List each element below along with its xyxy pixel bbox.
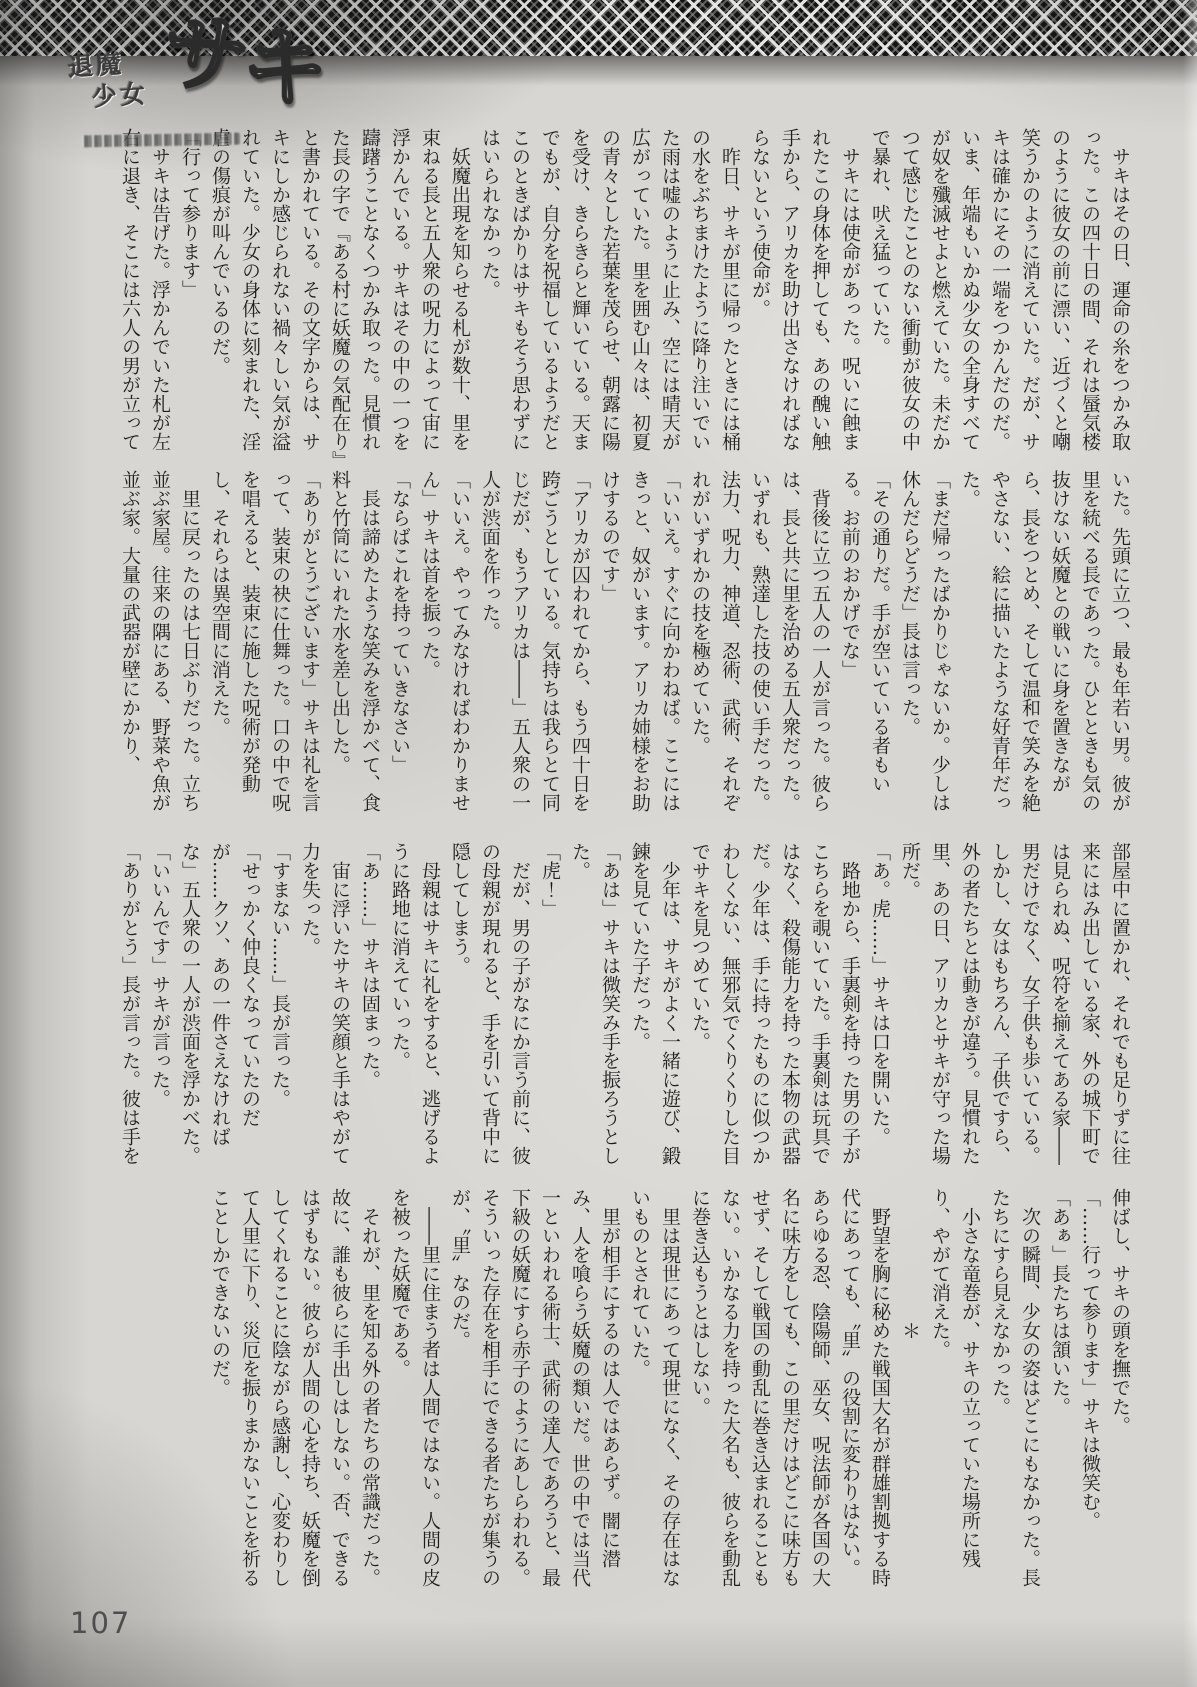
logo-title-saki: サキ <box>156 6 327 116</box>
page-number: 107 <box>70 1606 131 1640</box>
logo-text-shoujo: 少女 <box>91 74 149 114</box>
logo-tagline <box>82 133 240 148</box>
novel-text-row-2: いた。先頭に立つ、最も年若い男。彼が里を統べる長であった。ひとときも気の抜けない… <box>87 470 1135 828</box>
book-page: 退魔 少女 サキ サキはその日、運命の糸をつかみ取った。この四十日の間、それは蜃… <box>0 0 1197 1687</box>
novel-text-row-4: 伸ばし、サキの頭を撫でた。 「……行って参ります」サキは微笑む。 「あぁ」長たち… <box>87 1188 1135 1596</box>
series-logo: 退魔 少女 サキ <box>52 34 352 154</box>
novel-text-row-1: サキはその日、運命の糸をつかみ取った。この四十日の間、それは蜃気楼のように彼女の… <box>87 128 1135 464</box>
novel-text-row-3: 部屋中に置かれ、それでも足りずに往来にはみ出している家、外の城下町では見られぬ、… <box>87 842 1135 1174</box>
